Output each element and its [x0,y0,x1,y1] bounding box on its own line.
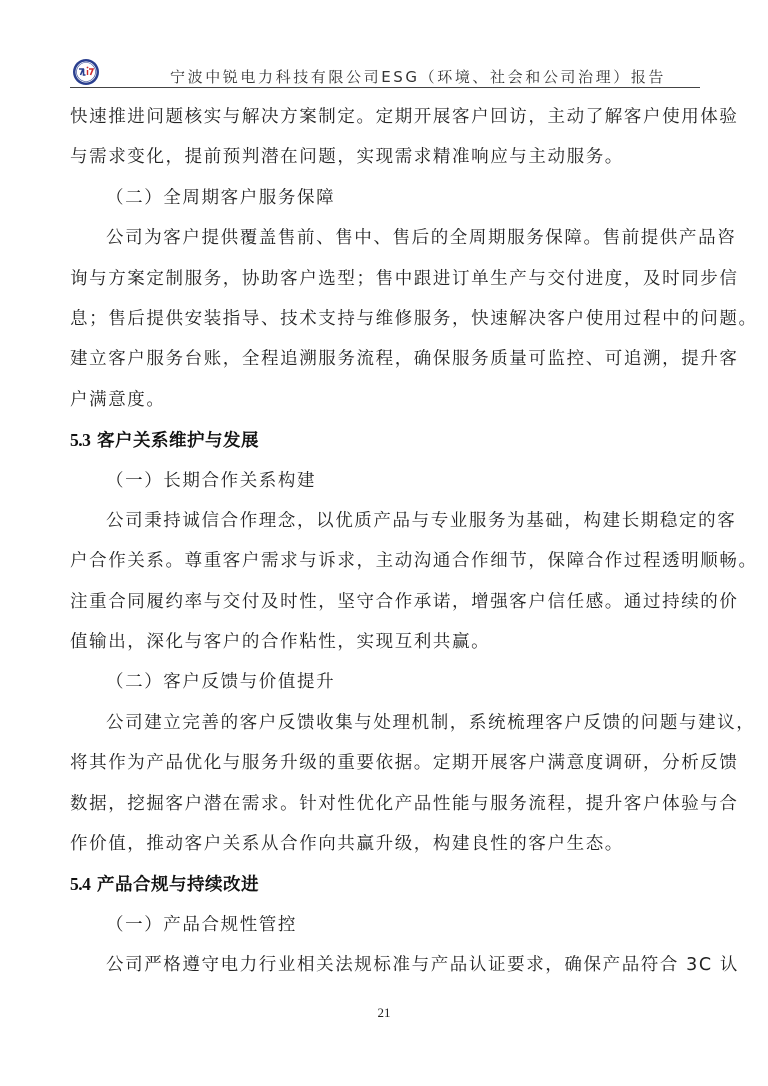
body-line: 公司建立完善的客户反馈收集与处理机制，系统梳理客户反馈的问题与建议， [70,703,702,743]
body-line: 公司为客户提供覆盖售前、售中、售后的全周期服务保障。售前提供产品咨 [70,218,702,258]
body-line: 询与方案定制服务，协助客户选型；售中跟进订单生产与交付进度，及时同步信 [70,259,702,299]
body-line: 公司严格遵守电力行业相关法规标准与产品认证要求，确保产品符合 3C 认 [70,945,702,985]
body-line: 公司秉持诚信合作理念，以优质产品与专业服务为基础，构建长期稳定的客 [70,501,702,541]
body-line: 快速推进问题核实与解决方案制定。定期开展客户回访，主动了解客户使用体验 [70,97,702,137]
document-body: 快速推进问题核实与解决方案制定。定期开展客户回访，主动了解客户使用体验 与需求变… [70,97,702,986]
section-number: 5.3 [70,430,90,450]
section-heading-5-3: 5.3 客户关系维护与发展 [70,420,702,460]
header-divider [70,87,700,88]
subheading: （一）长期合作关系构建 [70,461,702,501]
body-line: 值输出，深化与客户的合作粘性，实现互利共赢。 [70,622,702,662]
company-logo-icon [72,58,100,86]
body-line: 户满意度。 [70,380,702,420]
body-line: 户合作关系。尊重客户需求与诉求，主动沟通合作细节，保障合作过程透明顺畅。 [70,541,702,581]
section-title: 客户关系维护与发展 [97,431,259,451]
body-line: 息；售后提供安装指导、技术支持与维修服务，快速解决客户使用过程中的问题。 [70,299,702,339]
subheading: （二）客户反馈与价值提升 [70,662,702,702]
section-heading-5-4: 5.4 产品合规与持续改进 [70,864,702,904]
section-title: 产品合规与持续改进 [97,875,259,895]
body-line: 作价值，推动客户关系从合作向共赢升级，构建良性的客户生态。 [70,824,702,864]
body-line: 建立客户服务台账，全程追溯服务流程，确保服务质量可监控、可追溯，提升客 [70,339,702,379]
body-line: 数据，挖掘客户潜在需求。针对性优化产品性能与服务流程，提升客户体验与合 [70,784,702,824]
subheading: （一）产品合规性管控 [70,905,702,945]
subheading: （二）全周期客户服务保障 [70,178,702,218]
page-header: 宁波中锐电力科技有限公司ESG（环境、社会和公司治理）报告 [70,58,700,88]
report-title: 宁波中锐电力科技有限公司ESG（环境、社会和公司治理）报告 [170,66,666,87]
body-line: 注重合同履约率与交付及时性，坚守合作承诺，增强客户信任感。通过持续的价 [70,582,702,622]
body-line: 与需求变化，提前预判潜在问题，实现需求精准响应与主动服务。 [70,137,702,177]
body-line: 将其作为产品优化与服务升级的重要依据。定期开展客户满意度调研，分析反馈 [70,743,702,783]
page-number: 21 [0,1005,768,1021]
section-number: 5.4 [70,874,90,894]
document-page: 宁波中锐电力科技有限公司ESG（环境、社会和公司治理）报告 快速推进问题核实与解… [0,0,768,1086]
